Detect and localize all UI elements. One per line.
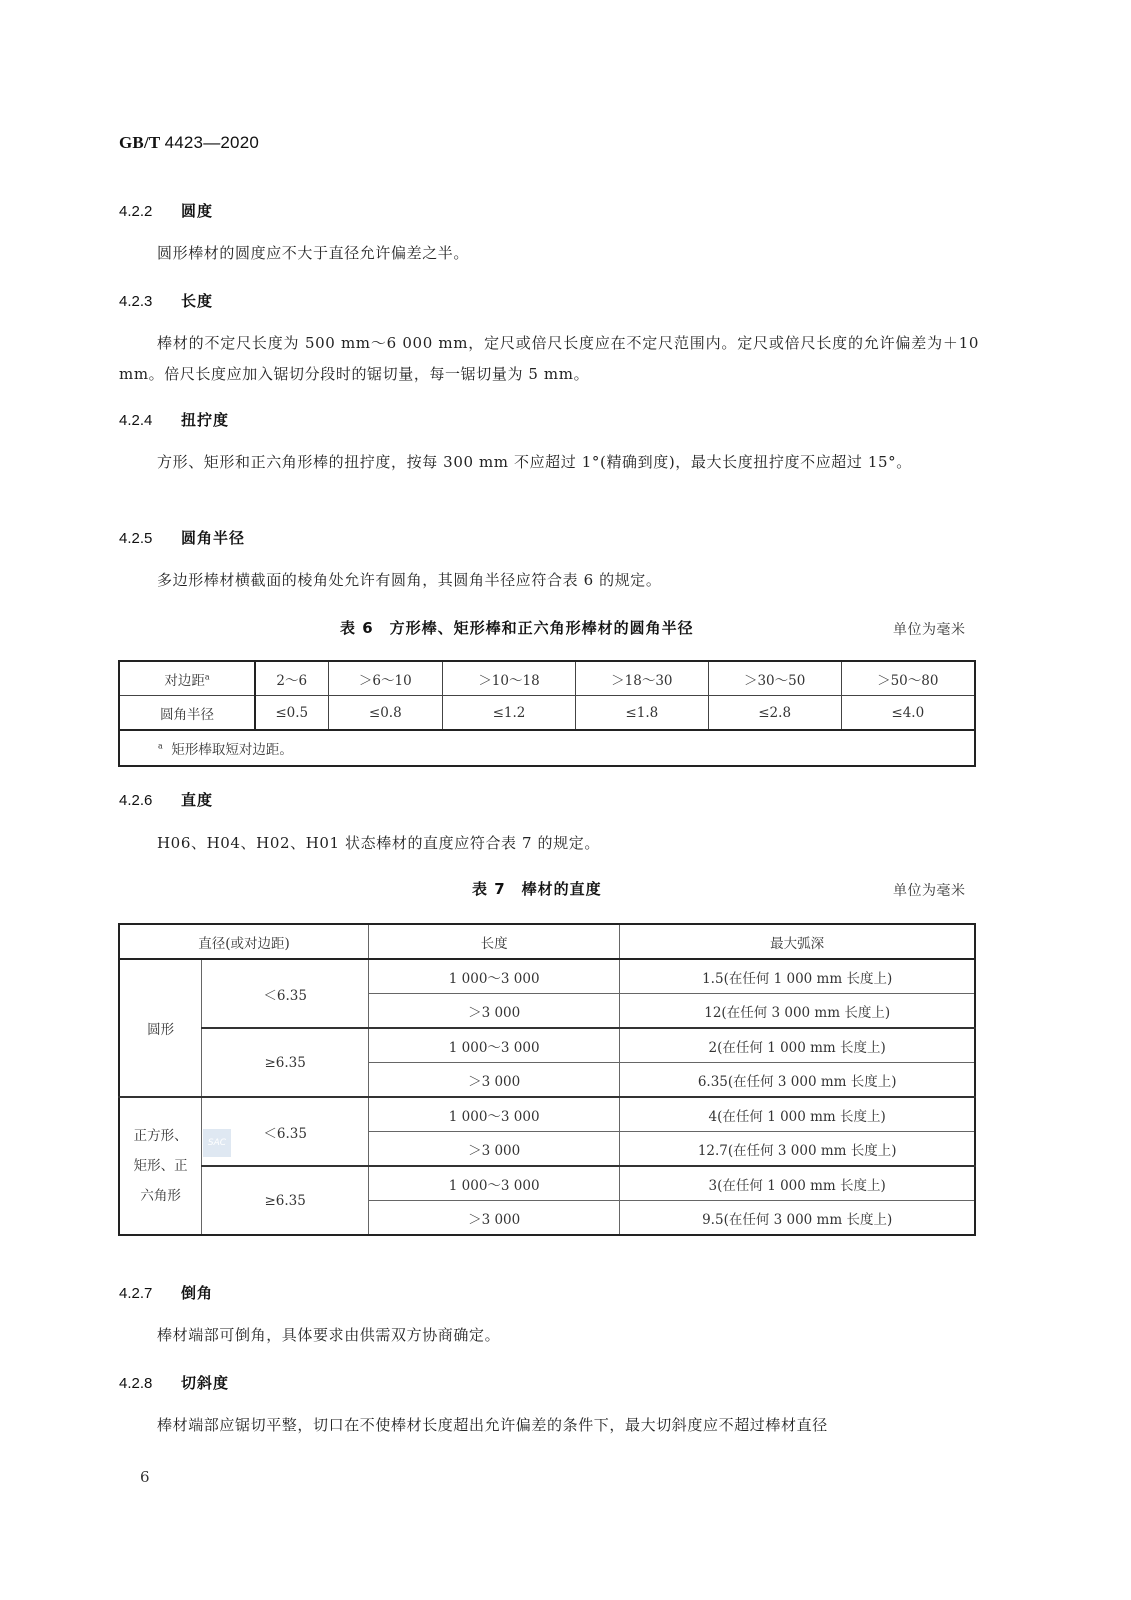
table7-unit: 单位为毫米 — [893, 880, 966, 900]
table-row: ≥6.35 1 000～3 000 2(在任何 1 000 mm 长度上) — [119, 1028, 975, 1063]
length-cell: 1 000～3 000 — [368, 1166, 619, 1201]
section-number: 4.2.3 — [119, 293, 181, 310]
section-number: 4.2.4 — [119, 412, 181, 429]
section-heading-4-2-8: 4.2.8切斜度 — [119, 1372, 229, 1393]
table-header-row: 直径(或对边距) 长度 最大弧深 — [119, 924, 975, 959]
section-paragraph: 棒材的不定尺长度为 500 mm～6 000 mm，定尺或倍尺长度应在不定尺范围… — [119, 328, 979, 390]
sac-watermark-icon: SAC — [203, 1129, 231, 1157]
depth-cell: 12.7(在任何 3 000 mm 长度上) — [620, 1132, 975, 1167]
section-paragraph: 多边形棒材横截面的棱角处允许有圆角，其圆角半径应符合表 6 的规定。 — [119, 565, 979, 596]
table-footnote: a 矩形棒取短对边距。 — [119, 730, 975, 766]
table-cell: ≤1.2 — [443, 696, 576, 731]
table-cell: ≤4.0 — [841, 696, 975, 731]
section-number: 4.2.7 — [119, 1285, 181, 1302]
table-cell: ＞30～50 — [708, 661, 841, 696]
section-number: 4.2.8 — [119, 1375, 181, 1392]
shape-cell: 圆形 — [119, 959, 202, 1097]
section-number: 4.2.5 — [119, 530, 181, 547]
section-title: 切斜度 — [181, 1374, 229, 1392]
column-header-diameter: 直径(或对边距) — [119, 924, 368, 959]
section-paragraph: 棒材端部应锯切平整，切口在不使棒材长度超出允许偏差的条件下，最大切斜度应不超过棒… — [119, 1410, 979, 1441]
document-id: GB/T 4423—2020 — [119, 133, 259, 153]
length-cell: 1 000～3 000 — [368, 1028, 619, 1063]
table-cell: ＞10～18 — [443, 661, 576, 696]
table-cell: ≤0.8 — [328, 696, 443, 731]
size-cell: ≥6.35 — [202, 1028, 369, 1097]
depth-cell: 2(在任何 1 000 mm 长度上) — [620, 1028, 975, 1063]
table-row: 圆形 ＜6.35 1 000～3 000 1.5(在任何 1 000 mm 长度… — [119, 959, 975, 994]
section-title: 扭拧度 — [181, 411, 229, 429]
table-row: 对边距a 2～6 ＞6～10 ＞10～18 ＞18～30 ＞30～50 ＞50～… — [119, 661, 975, 696]
table-cell: ＞18～30 — [575, 661, 708, 696]
depth-cell: 9.5(在任何 3 000 mm 长度上) — [620, 1201, 975, 1236]
section-paragraph: 方形、矩形和正六角形棒的扭拧度，按每 300 mm 不应超过 1°(精确到度)，… — [119, 447, 979, 478]
depth-cell: 6.35(在任何 3 000 mm 长度上) — [620, 1063, 975, 1098]
table-row: 正方形、 矩形、正 六角形 ＜6.35 1 000～3 000 4(在任何 1 … — [119, 1097, 975, 1132]
table-row: ≥6.35 1 000～3 000 3(在任何 1 000 mm 长度上) — [119, 1166, 975, 1201]
table-cell: ≤0.5 — [255, 696, 328, 731]
footnote-marker: a — [205, 672, 210, 681]
section-number: 4.2.6 — [119, 792, 181, 809]
section-title: 倒角 — [181, 1284, 213, 1302]
depth-cell: 12(在任何 3 000 mm 长度上) — [620, 994, 975, 1029]
column-header-length: 长度 — [368, 924, 619, 959]
table-cell: ≤2.8 — [708, 696, 841, 731]
length-cell: 1 000～3 000 — [368, 959, 619, 994]
table-cell: 2～6 — [255, 661, 328, 696]
length-cell: 1 000～3 000 — [368, 1097, 619, 1132]
table-row-label: 圆角半径 — [119, 696, 255, 731]
section-heading-4-2-7: 4.2.7倒角 — [119, 1282, 213, 1303]
length-cell: ＞3 000 — [368, 994, 619, 1029]
footnote-text: 矩形棒取短对边距。 — [171, 742, 293, 758]
section-heading-4-2-4: 4.2.4扭拧度 — [119, 409, 229, 430]
section-paragraph: H06、H04、H02、H01 状态棒材的直度应符合表 7 的规定。 — [119, 828, 979, 859]
length-cell: ＞3 000 — [368, 1132, 619, 1167]
label-text: 对边距 — [164, 673, 205, 689]
doc-id-prefix: GB/T — [119, 133, 160, 152]
depth-cell: 1.5(在任何 1 000 mm 长度上) — [620, 959, 975, 994]
section-heading-4-2-2: 4.2.2圆度 — [119, 200, 213, 221]
table7-caption: 表 7 棒材的直度 — [472, 878, 602, 899]
section-title: 圆角半径 — [181, 529, 245, 547]
section-heading-4-2-3: 4.2.3长度 — [119, 290, 213, 311]
section-title: 圆度 — [181, 202, 213, 220]
section-paragraph: 圆形棒材的圆度应不大于直径允许偏差之半。 — [119, 238, 979, 269]
length-cell: ＞3 000 — [368, 1201, 619, 1236]
column-header-max-arc-depth: 最大弧深 — [620, 924, 975, 959]
length-cell: ＞3 000 — [368, 1063, 619, 1098]
section-title: 长度 — [181, 292, 213, 310]
shape-line: 正方形、 — [120, 1121, 201, 1151]
depth-cell: 4(在任何 1 000 mm 长度上) — [620, 1097, 975, 1132]
table-row: 圆角半径 ≤0.5 ≤0.8 ≤1.2 ≤1.8 ≤2.8 ≤4.0 — [119, 696, 975, 731]
table-cell: ＞6～10 — [328, 661, 443, 696]
section-number: 4.2.2 — [119, 203, 181, 220]
section-heading-4-2-6: 4.2.6直度 — [119, 789, 213, 810]
page-number: 6 — [140, 1468, 150, 1486]
table-cell: ＞50～80 — [841, 661, 975, 696]
doc-id-number: 4423—2020 — [165, 133, 259, 152]
table6-unit: 单位为毫米 — [893, 619, 966, 639]
table-cell: ≤1.8 — [575, 696, 708, 731]
size-cell: ＜6.35 — [202, 959, 369, 1028]
table6-corner-radius: 对边距a 2～6 ＞6～10 ＞10～18 ＞18～30 ＞30～50 ＞50～… — [118, 660, 976, 767]
footnote-marker: a — [158, 742, 163, 751]
section-title: 直度 — [181, 791, 213, 809]
shape-line: 矩形、正 — [120, 1151, 201, 1181]
size-cell: ≥6.35 — [202, 1166, 369, 1235]
shape-cell: 正方形、 矩形、正 六角形 — [119, 1097, 202, 1235]
table-footnote-row: a 矩形棒取短对边距。 — [119, 730, 975, 766]
section-paragraph: 棒材端部可倒角，具体要求由供需双方协商确定。 — [119, 1320, 979, 1351]
table6-caption: 表 6 方形棒、矩形棒和正六角形棒材的圆角半径 — [340, 617, 694, 638]
section-heading-4-2-5: 4.2.5圆角半径 — [119, 527, 245, 548]
shape-line: 六角形 — [120, 1181, 201, 1211]
depth-cell: 3(在任何 1 000 mm 长度上) — [620, 1166, 975, 1201]
table7-straightness: 直径(或对边距) 长度 最大弧深 圆形 ＜6.35 1 000～3 000 1.… — [118, 923, 976, 1236]
table-row-label: 对边距a — [119, 661, 255, 696]
